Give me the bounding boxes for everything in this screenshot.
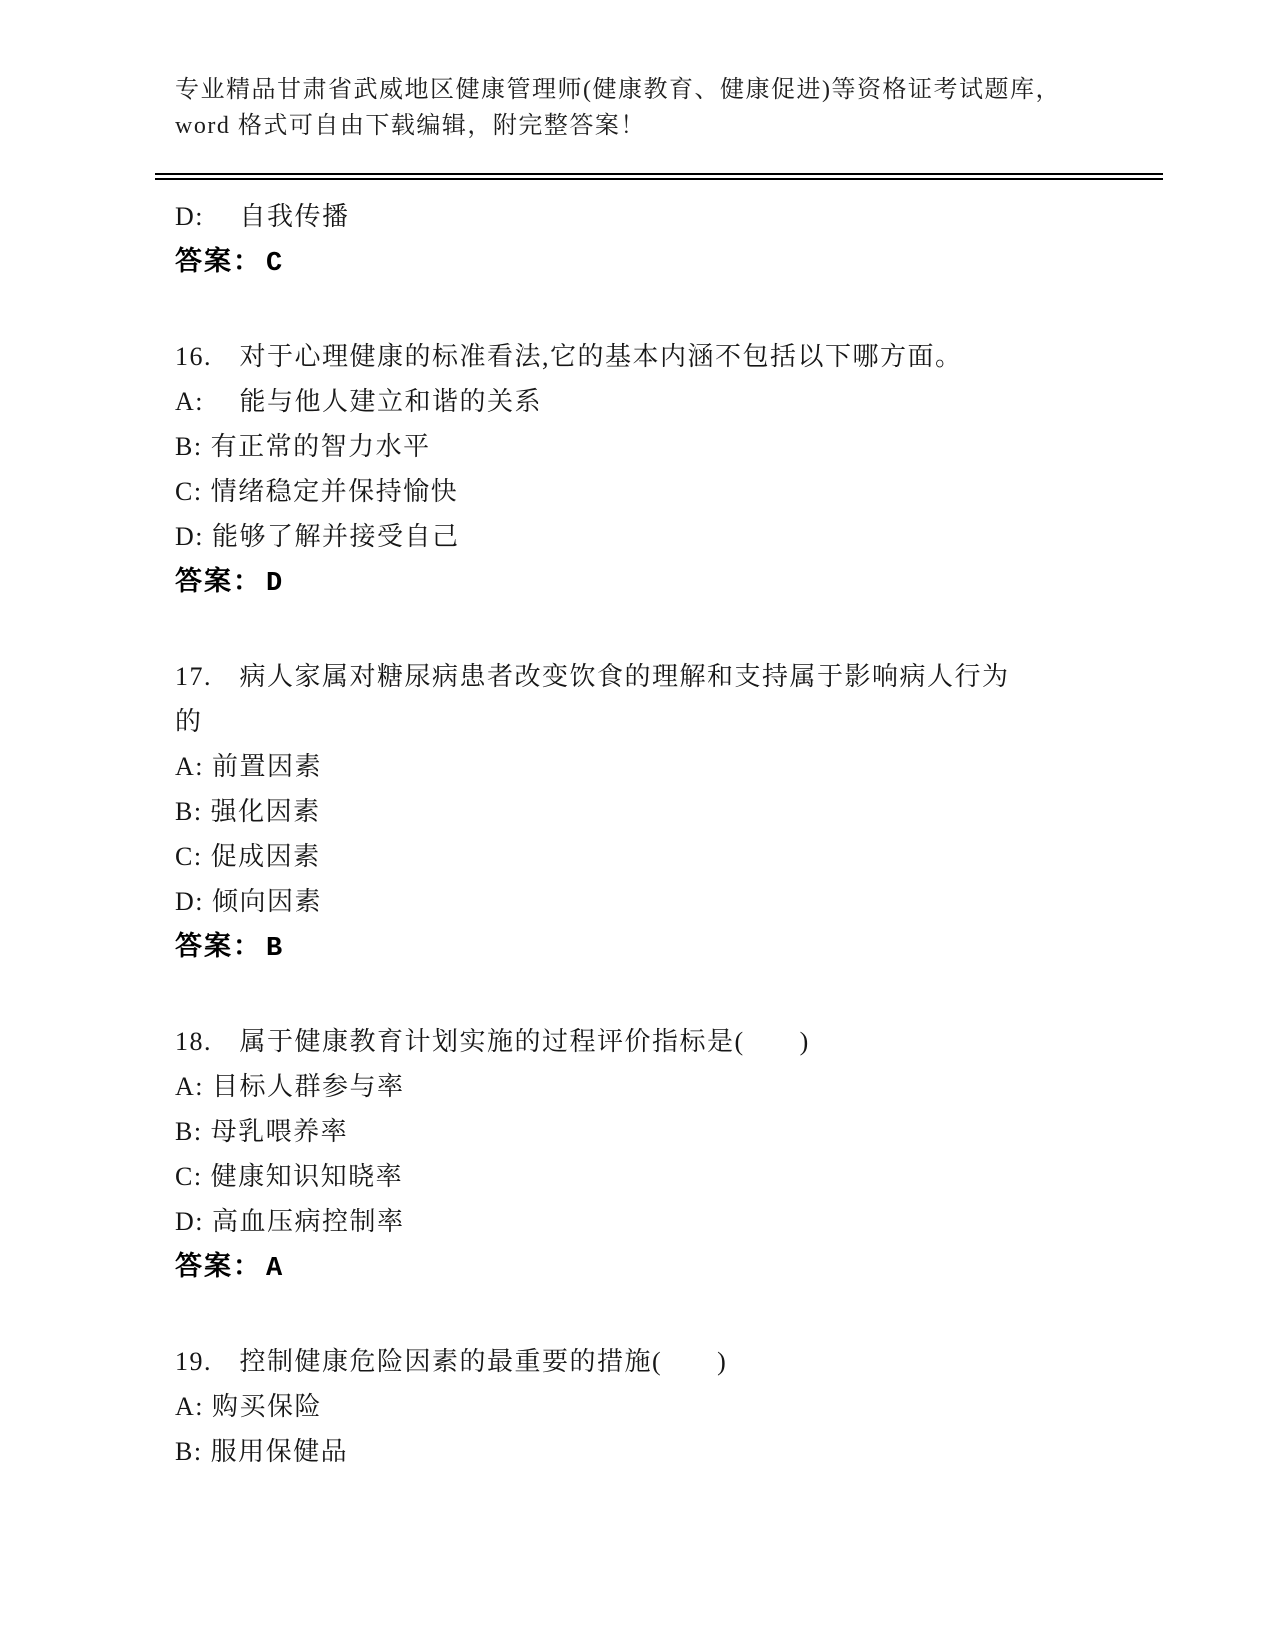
option-line-c: C: 促成因素 <box>175 834 1160 879</box>
answer-label: 答案： <box>175 566 262 596</box>
question-text: 18. 属于健康教育计划实施的过程评价指标是( ) <box>175 1019 1160 1064</box>
option-line-b: B: 强化因素 <box>175 789 1160 834</box>
answer-label: 答案： <box>175 246 262 276</box>
option-line-a: A: 购买保险 <box>175 1384 1160 1429</box>
answer-line: 答案：C <box>175 239 1160 284</box>
option-line-a: A: 目标人群参与率 <box>175 1064 1160 1109</box>
option-line-d: D: 倾向因素 <box>175 879 1160 924</box>
question-16: 16. 对于心理健康的标准看法,它的基本内涵不包括以下哪方面。 A: 能与他人建… <box>175 334 1160 604</box>
option-line-d: D: 高血压病控制率 <box>175 1199 1160 1244</box>
answer-value: A <box>266 1254 284 1284</box>
question-19: 19. 控制健康危险因素的最重要的措施( ) A: 购买保险 B: 服用保健品 <box>175 1339 1160 1474</box>
option-line-d: D: 能够了解并接受自己 <box>175 514 1160 559</box>
question-text: 17. 病人家属对糖尿病患者改变饮食的理解和支持属于影响病人行为 <box>175 654 1160 699</box>
answer-line: 答案：A <box>175 1244 1160 1289</box>
answer-value: D <box>266 569 284 599</box>
question-17: 17. 病人家属对糖尿病患者改变饮食的理解和支持属于影响病人行为 的 A: 前置… <box>175 654 1160 969</box>
option-line-a: A: 前置因素 <box>175 744 1160 789</box>
header-divider-rule <box>155 173 1163 180</box>
option-line-b: B: 母乳喂养率 <box>175 1109 1160 1154</box>
option-line-b: B: 服用保健品 <box>175 1429 1160 1474</box>
option-line-c: C: 情绪稳定并保持愉快 <box>175 469 1160 514</box>
answer-line: 答案：B <box>175 924 1160 969</box>
document-body: D: 自我传播 答案：C 16. 对于心理健康的标准看法,它的基本内涵不包括以下… <box>175 194 1160 1474</box>
option-line-c: C: 健康知识知晓率 <box>175 1154 1160 1199</box>
question-text-wrap: 的 <box>175 699 1160 744</box>
document-content: 专业精品甘肃省武威地区健康管理师(健康教育、健康促进)等资格证考试题库， wor… <box>175 0 1160 1474</box>
option-line-d: D: 自我传播 <box>175 194 1160 239</box>
question-text: 16. 对于心理健康的标准看法,它的基本内涵不包括以下哪方面。 <box>175 334 1160 379</box>
option-line-a: A: 能与他人建立和谐的关系 <box>175 379 1160 424</box>
answer-label: 答案： <box>175 1251 262 1281</box>
document-header: 专业精品甘肃省武威地区健康管理师(健康教育、健康促进)等资格证考试题库， wor… <box>175 0 1160 144</box>
answer-label: 答案： <box>175 931 262 961</box>
document-page: 专业精品甘肃省武威地区健康管理师(健康教育、健康促进)等资格证考试题库， wor… <box>0 0 1275 1650</box>
answer-value: C <box>266 249 284 279</box>
header-line-2: word 格式可自由下载编辑，附完整答案！ <box>175 108 1160 144</box>
question-18: 18. 属于健康教育计划实施的过程评价指标是( ) A: 目标人群参与率 B: … <box>175 1019 1160 1289</box>
option-line-b: B: 有正常的智力水平 <box>175 424 1160 469</box>
question-text: 19. 控制健康危险因素的最重要的措施( ) <box>175 1339 1160 1384</box>
header-line-1: 专业精品甘肃省武威地区健康管理师(健康教育、健康促进)等资格证考试题库， <box>175 72 1160 108</box>
answer-line: 答案：D <box>175 559 1160 604</box>
answer-value: B <box>266 934 284 964</box>
